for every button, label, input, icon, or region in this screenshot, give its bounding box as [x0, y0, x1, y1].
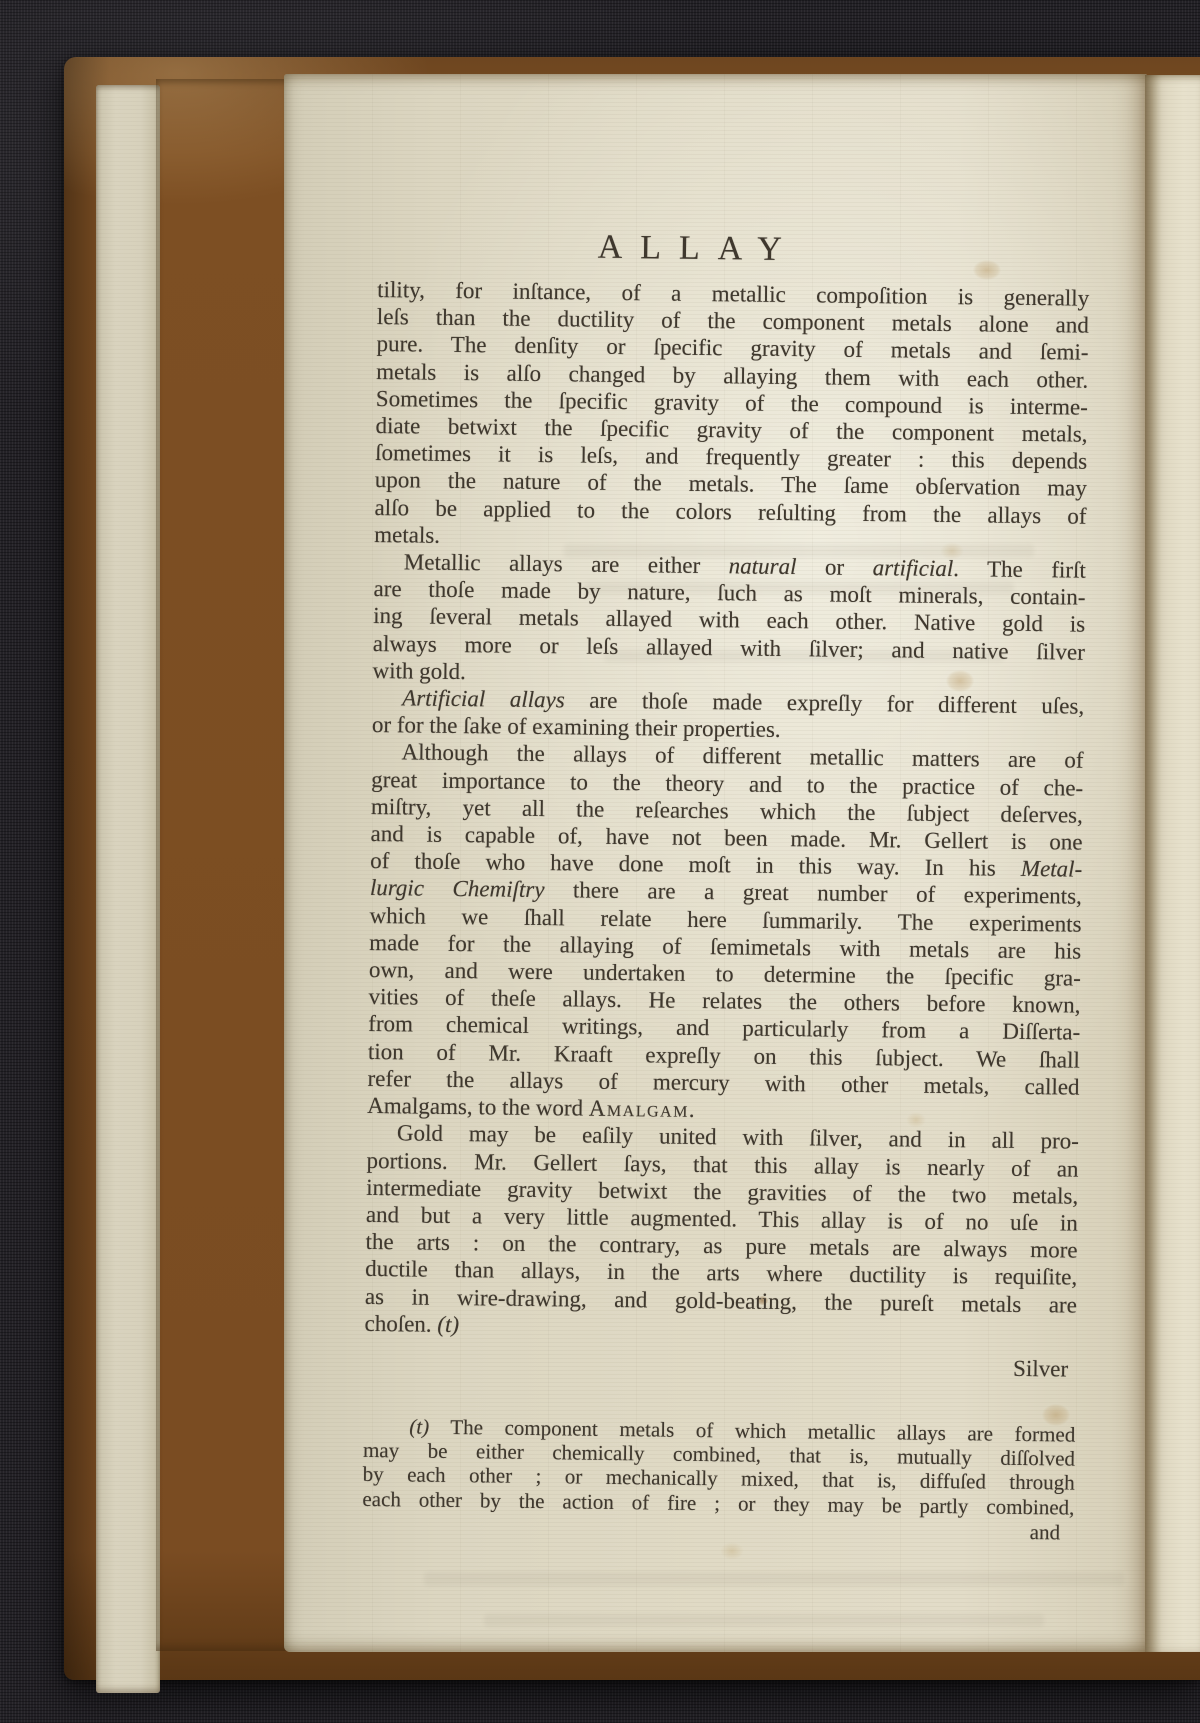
- endpaper-edge: [96, 85, 160, 1693]
- show-through-text: [424, 1572, 1124, 1586]
- body-text: tility, for inſtance, of a metallic comp…: [364, 276, 1089, 1346]
- text-column: ALLAY tility, for inſtance, of a metalli…: [362, 226, 1090, 1544]
- page-fore-edge-stack: [156, 79, 290, 1651]
- book: ALLAY tility, for inſtance, of a metalli…: [64, 57, 1200, 1680]
- page-heading: ALLAY: [378, 226, 1090, 273]
- stain: [720, 1542, 744, 1560]
- facing-page-edge: [1145, 75, 1200, 1652]
- book-page: ALLAY tility, for inſtance, of a metalli…: [284, 74, 1147, 1652]
- show-through-text: [484, 1614, 1044, 1627]
- photo-scene: ALLAY tility, for inſtance, of a metalli…: [0, 0, 1200, 1723]
- catchword-silver: Silver: [364, 1347, 1076, 1383]
- footnote-text: (t) The component metals of which metall…: [362, 1414, 1075, 1520]
